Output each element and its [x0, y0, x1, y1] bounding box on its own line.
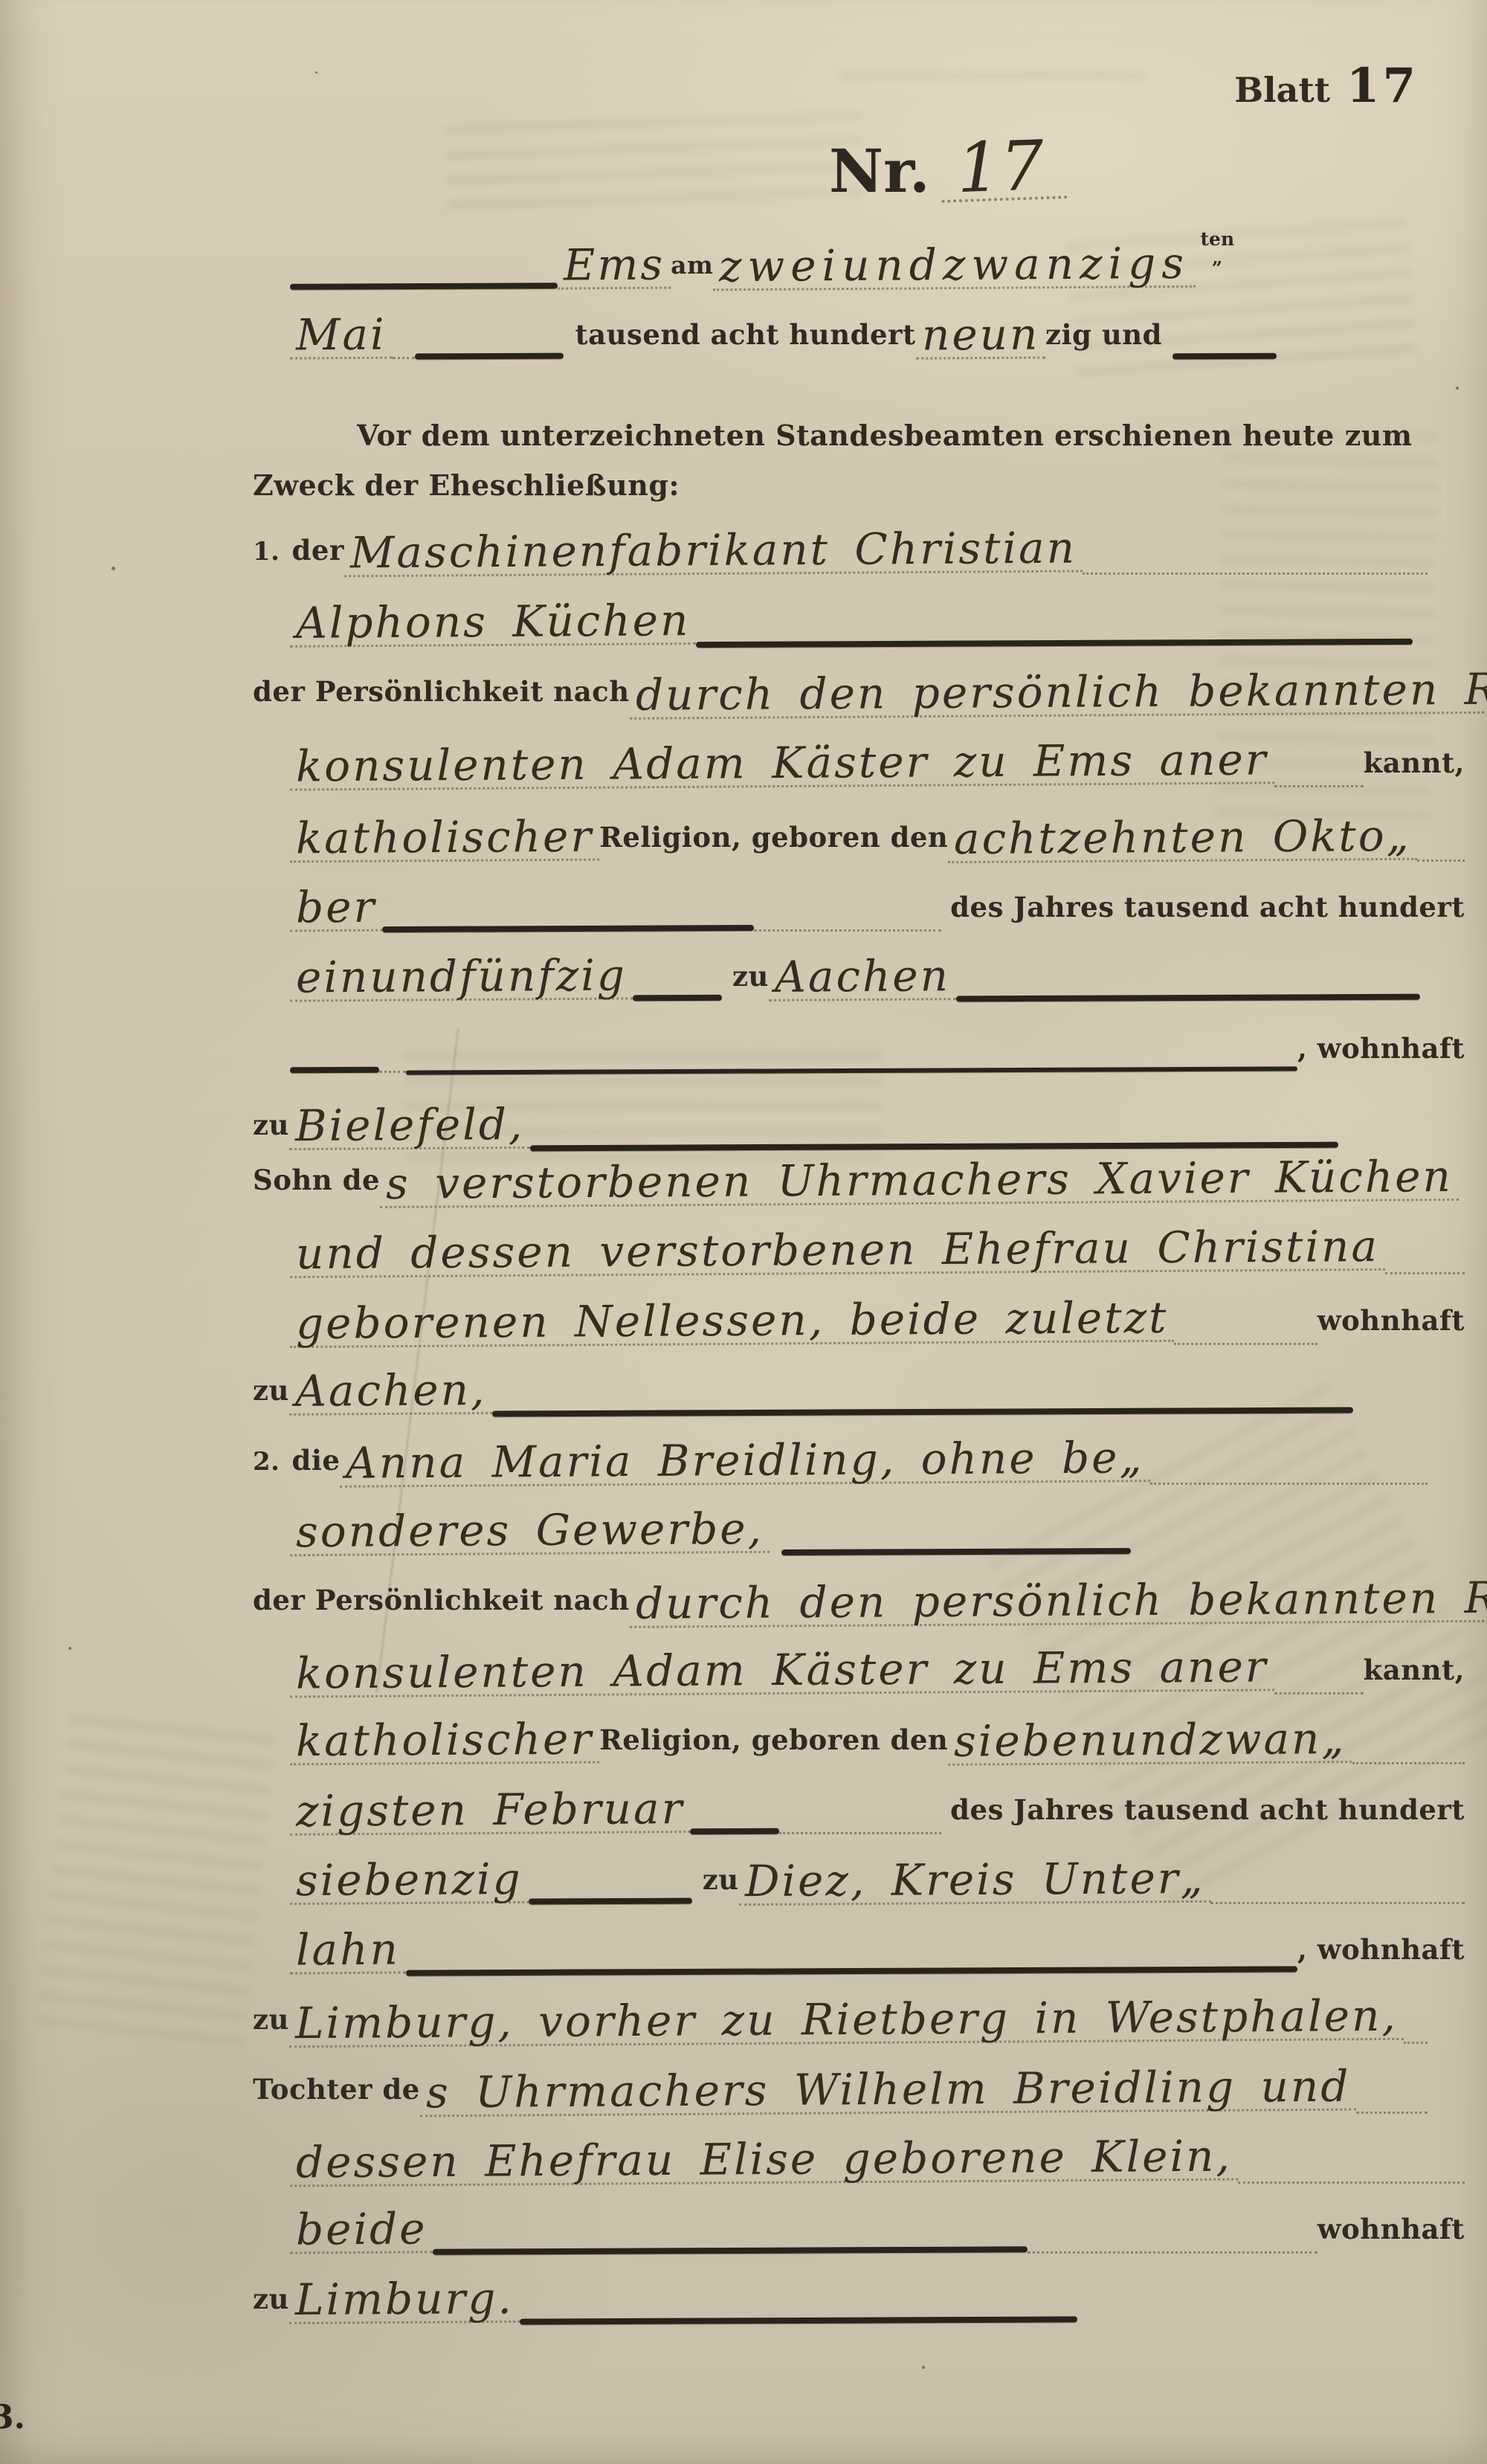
groom-identity-handwritten-2: konsulenten Adam Käster zu Ems aner — [290, 739, 1274, 790]
bride-identity-line-1: der Persönlichkeit nach durch den persön… — [253, 1547, 1428, 1625]
bride-birthyear-label-line: zigsten Februar des Jahres tausend acht … — [253, 1757, 1465, 1834]
bride-religion-birthdate-line: katholischer Religion, geboren den siebe… — [253, 1687, 1465, 1764]
kannt-label: kannt, — [1364, 749, 1465, 787]
groom-parents-line-1: Sohn de s verstorbenen Uhrmachers Xavier… — [253, 1127, 1428, 1204]
groom-parents-residence-line: zu Aachen, — [253, 1338, 1428, 1415]
paper-speck — [1456, 387, 1459, 390]
ditto-mark: „ — [1212, 248, 1222, 267]
ink-fill-line — [1172, 353, 1277, 360]
bride-birthplace-wohnhaft-line: lahn , wohnhaft — [253, 1897, 1465, 1974]
groom-birthplace-handwritten: Aachen — [769, 955, 956, 1002]
groom-parents-line-2: und dessen verstorbenen Ehefrau Christin… — [253, 1197, 1465, 1274]
wohnhaft-label: , wohnhaft — [1297, 1035, 1465, 1073]
bride-name-line-1: 2. die Anna Maria Breidling, ohne be„ — [253, 1407, 1428, 1485]
zu-label: zu — [253, 2286, 289, 2323]
year-decade-handwritten: neun — [915, 314, 1045, 359]
paper-speck — [922, 2366, 925, 2369]
groom-identity-line-2: konsulenten Adam Käster zu Ems aner kann… — [253, 710, 1465, 787]
record-number-value-handwritten: 17 — [939, 136, 1067, 203]
ink-fill-line — [520, 2316, 1077, 2324]
paper-speck — [68, 1647, 71, 1650]
bride-identity-line-2: konsulenten Adam Käster zu Ems aner kann… — [253, 1617, 1465, 1694]
paper-speck — [112, 567, 115, 570]
groom-blank-wohnhaft-line: , wohnhaft — [253, 996, 1465, 1073]
bride-parents-line-1: Tochter de s Uhrmachers Wilhelm Breidlin… — [253, 2036, 1428, 2114]
day-suffix-printed: ten „ — [1196, 230, 1234, 289]
record-number: Nr. 17 — [829, 112, 1066, 201]
line-month-year: Mai tausend acht hundert neun zig und — [253, 282, 1465, 359]
sheet-label: Blatt — [1234, 70, 1330, 110]
groom-birthyear-label-line: ber des Jahres tausend acht hundert — [253, 854, 1465, 932]
dotted-rule — [393, 357, 415, 359]
groom-birthyear-place-line: einundfünfzig zu Aachen — [253, 923, 1465, 1001]
bride-parents-line-2: dessen Ehefrau Elise geborene Klein, — [253, 2106, 1465, 2184]
sheet-number: 17 — [1346, 58, 1419, 114]
groom-name-line-2: Alphons Küchen — [253, 569, 1465, 646]
groom-identity-line-1: der Persönlichkeit nach durch den persön… — [253, 639, 1428, 716]
groom-name-line-1: 1. der Maschinenfabrikant Christian — [253, 497, 1428, 575]
bleedthrough-smudge — [840, 71, 1145, 97]
month-handwritten: Mai — [290, 314, 393, 359]
year-label: tausend acht hundert — [564, 321, 916, 359]
bride-residence-line: zu Limburg, vorher zu Rietberg in Westph… — [253, 1967, 1428, 2044]
paper-speck — [315, 71, 317, 74]
civil-registry-marriage-form-page: Blatt 17 Nr. 17 Ems am zweiundzwanzigs t… — [0, 0, 1487, 2464]
bleedthrough-smudge — [36, 1715, 276, 2055]
bride-parents-line-3: beide wohnhaft — [253, 2176, 1465, 2254]
bride-parents-residence-handwritten: Limburg. — [289, 2278, 520, 2324]
preamble-line-1: Vor dem unterzeichneten Standesbeamten e… — [357, 419, 1413, 452]
bleedthrough-smudge — [445, 112, 864, 222]
sheet-header: Blatt 17 — [1234, 58, 1419, 114]
record-number-label: Nr. — [829, 141, 941, 201]
groom-religion-birthdate-line: katholischer Religion, geboren den achtz… — [253, 784, 1465, 862]
ink-fill-line — [415, 353, 564, 360]
margin-mark: 3. — [0, 2399, 25, 2436]
bride-birthyear-place-line: siebenzig zu Diez, Kreis Unter„ — [253, 1827, 1465, 1904]
line-place-day: Ems am zweiundzwanzigs ten „ — [253, 212, 1465, 289]
bride-name-line-2: sonderes Gewerbe, — [253, 1477, 1465, 1555]
groom-parents-line-3: geborenen Nellessen, beide zuletzt wohnh… — [253, 1268, 1465, 1345]
year-suffix-label: zig und — [1045, 321, 1162, 359]
bride-parents-residence-line: zu Limburg. — [253, 2246, 1428, 2323]
day-suffix-text: ten — [1200, 230, 1234, 248]
